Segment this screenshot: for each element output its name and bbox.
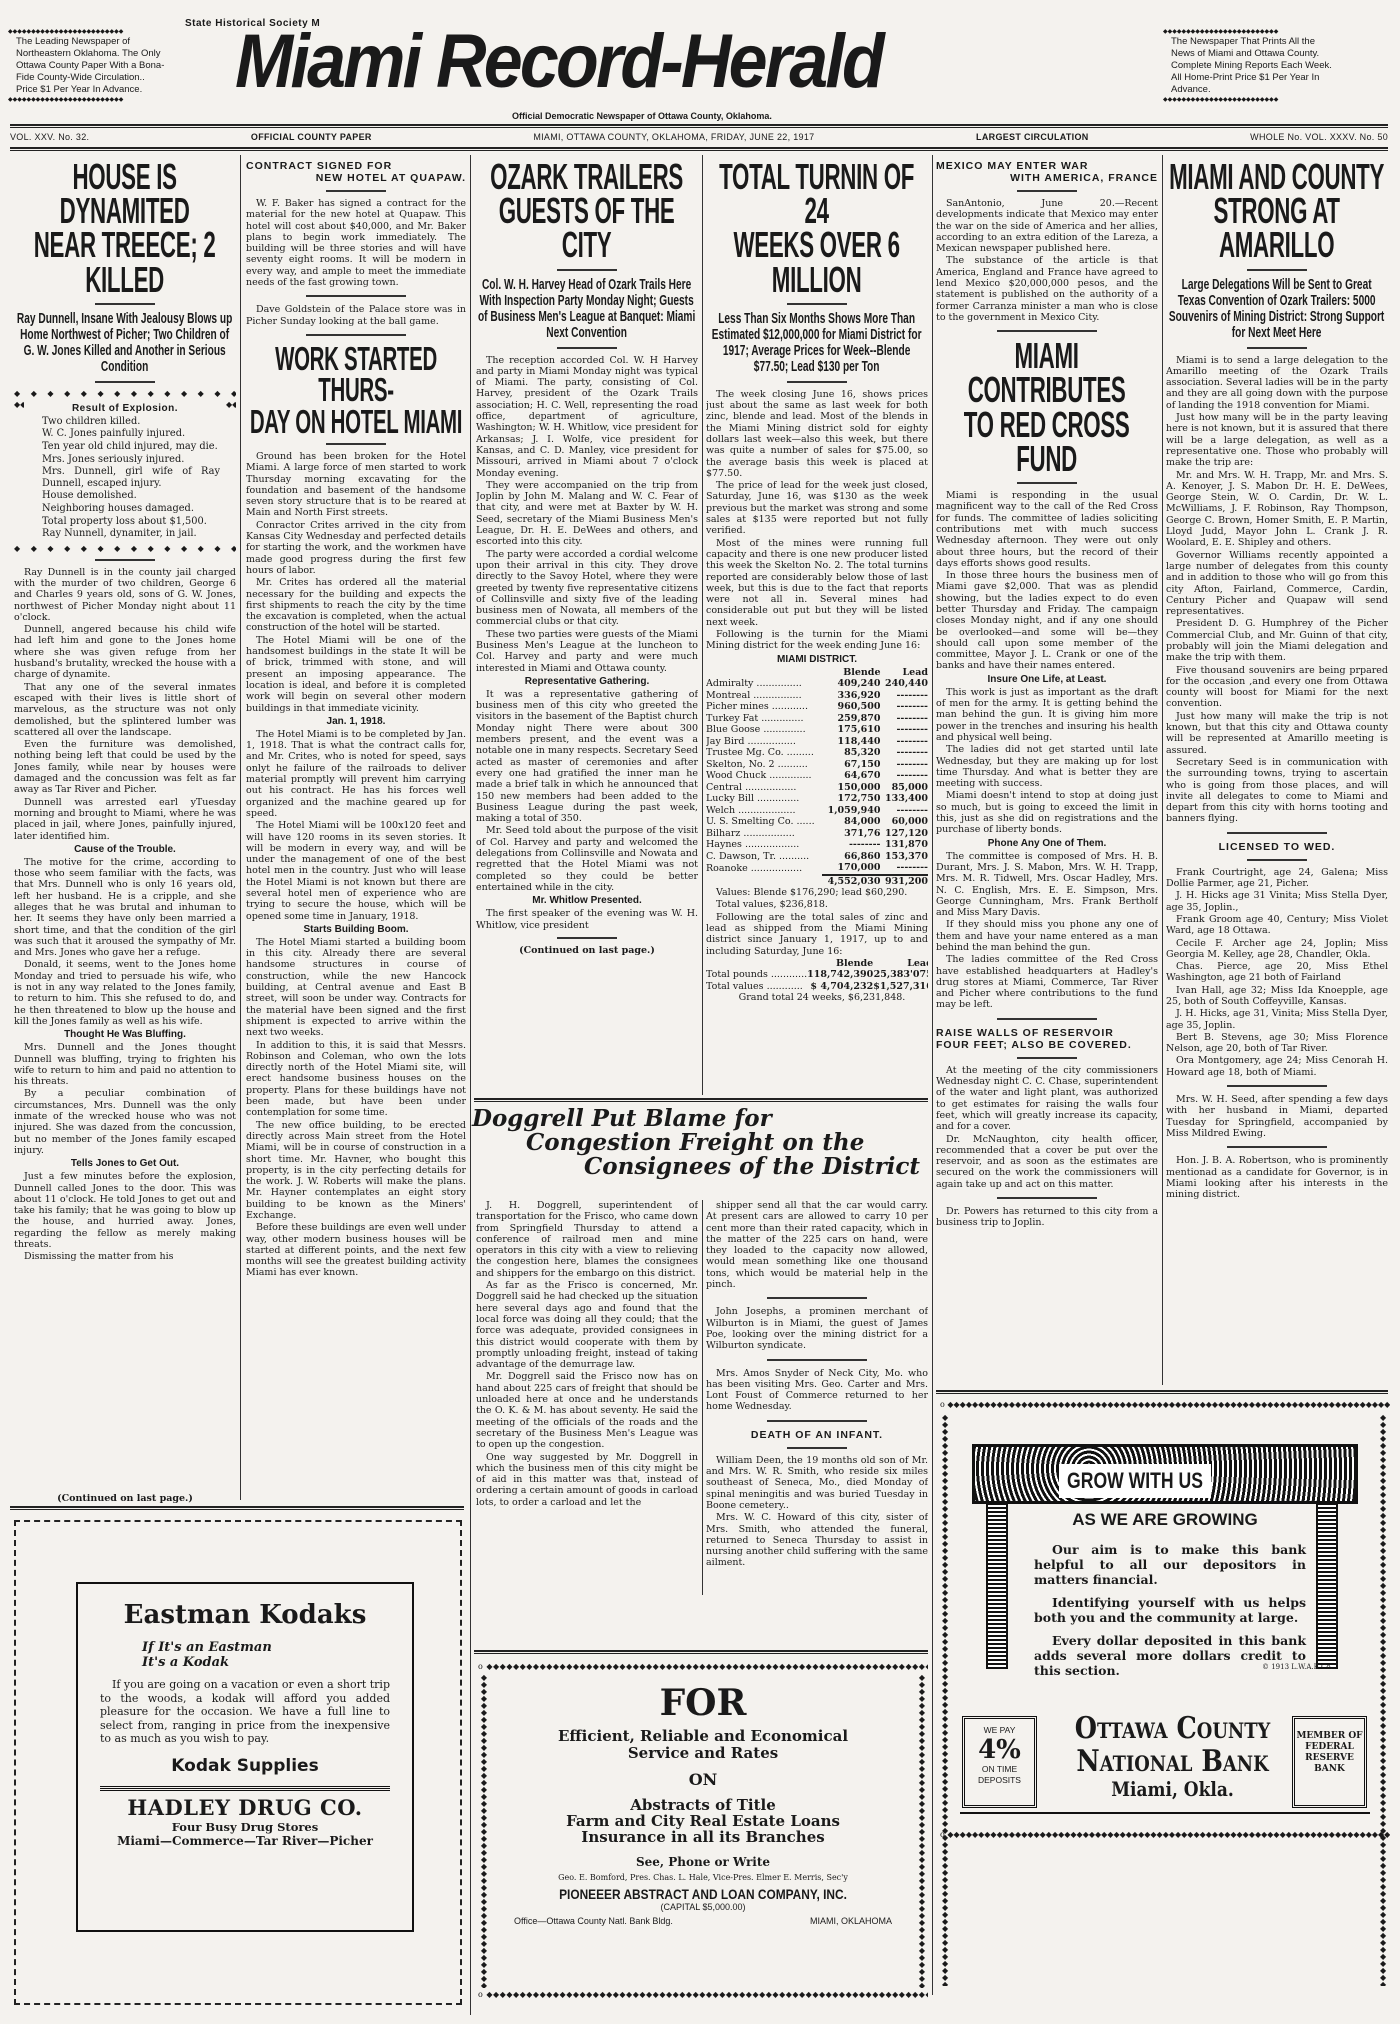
paragraph: Governor Williams recently appointed a l…: [1166, 550, 1388, 618]
left-ear-box: The Leading Newspaper of Northeastern Ok…: [8, 26, 174, 106]
explosion-item: Two children killed.: [30, 416, 220, 428]
paragraph: They were accompanied on the trip from J…: [476, 480, 698, 548]
paragraph: The new office building, to be erected d…: [246, 1120, 466, 1222]
paragraph: The Hotel Miami is to be completed by Ja…: [246, 729, 466, 819]
paragraph: Ora Montgomery, age 24; Miss Cenorah H. …: [1166, 1055, 1388, 1078]
subhead-representative: Representative Gathering.: [476, 676, 698, 687]
paragraph: One way suggested by Mr. Doggrell in whi…: [476, 1452, 698, 1508]
paragraph: Ivan Hall, age 32; Miss Ida Knoepple, ag…: [1166, 985, 1388, 1008]
ad-kodak-inner: Eastman Kodaks If It's an EastmanIt's a …: [76, 1582, 414, 1932]
explosion-item: Mrs. Dunnell, girl wife of Ray Dunnell, …: [30, 466, 220, 489]
paragraph: The committee is composed of Mrs. H. B. …: [936, 851, 1158, 919]
ad-pioneer-officers: Geo. E. Bomford, Pres. Chas. L. Hale, Vi…: [478, 1873, 928, 1882]
deck-amarillo: Large Delegations Will be Sent to Great …: [1167, 277, 1388, 341]
paragraph: J. H. Doggrell, superintendent of transp…: [476, 1200, 698, 1279]
official-paper: OFFICIAL COUNTY PAPER: [251, 132, 372, 142]
place-date: MIAMI, OTTAWA COUNTY, OKLAHOMA, FRIDAY, …: [533, 132, 814, 142]
column-1: HOUSE IS DYNAMITEDNEAR TREECE; 2 KILLED …: [14, 160, 236, 1500]
paragraph: Secretary Seed is in communication with …: [1166, 757, 1388, 825]
paragraph: Dunnell, angered because his child wife …: [14, 624, 236, 680]
totals-row: 4,552,030931,200: [706, 875, 928, 888]
ad-pioneer-abstract: o ◆◆◆◆◆◆◆◆◆◆◆◆◆◆◆◆◆◆◆◆◆◆◆◆◆◆◆◆◆◆◆◆◆◆◆◆◆◆…: [478, 1662, 928, 2000]
brief-snyder: Mrs. Amos Snyder of Neck City, Mo. who h…: [706, 1368, 928, 1413]
explosion-item: Neighboring houses damaged.: [30, 503, 220, 515]
table-row: Haynes ..................--------131,870: [706, 839, 928, 851]
table-row: Picher mines ............960,500--------: [706, 701, 928, 713]
paragraph: J. H. Hicks age 31 Vinita; Miss Stella D…: [1166, 890, 1388, 913]
ad-pioneer-on: ON: [478, 1770, 928, 1789]
left-ear-text: The Leading Newspaper of Northeastern Ok…: [16, 36, 164, 95]
subhead-jan-1918: Jan. 1, 1918.: [246, 716, 466, 727]
ad-pioneer-company: PIONEEER ABSTRACT AND LOAN COMPANY, INC.: [512, 1886, 895, 1902]
ad-kodak-body: If you are going on a vacation or even a…: [100, 1678, 390, 1746]
deck-house-dynamited: Ray Dunnell, Insane With Jealousy Blows …: [15, 311, 236, 375]
ad-bank-name: Ottawa County National Bank Miami, Okla.: [1068, 1712, 1276, 1800]
paragraph: The price of lead for the week just clos…: [706, 480, 928, 536]
paragraph: The Hotel Miami will be one of the hands…: [246, 635, 466, 714]
paragraph: Mr. and Mrs. W. H. Trapp, Mr. and Mrs. S…: [1166, 470, 1388, 549]
total-values: Total values, $236,818.: [706, 899, 928, 910]
season-totals-table: BlendeLead Total pounds ............118,…: [706, 958, 928, 993]
column-3: OZARK TRAILERSGUESTS OF THE CITY Col. W.…: [476, 160, 698, 1095]
paragraph: Mr. Crites has ordered all the material …: [246, 577, 466, 633]
paragraph: Even the furniture was demolished, nothi…: [14, 739, 236, 795]
paragraph: Donald, it seems, went to the Jones home…: [14, 959, 236, 1027]
dateline: VOL. XXV. No. 32. OFFICIAL COUNTY PAPER …: [10, 132, 1388, 142]
paragraph: The first speaker of the evening was W. …: [476, 908, 698, 931]
subhead-building-boom: Starts Building Boom.: [246, 924, 466, 935]
ad-kodak-slogan: If It's an EastmanIt's a Kodak: [100, 1640, 390, 1670]
paragraph: Dismissing the matter from his: [14, 1251, 236, 1262]
paragraph: Cecile F. Archer age 24, Joplin; Miss Ge…: [1166, 938, 1388, 961]
subhead-cause: Cause of the Trouble.: [14, 844, 236, 855]
paragraph: Mr. Seed told about the purpose of the v…: [476, 825, 698, 893]
explosion-item: House demolished.: [30, 490, 220, 502]
paragraph: President D. G. Humphrey of the Picher C…: [1166, 618, 1388, 663]
whole-number: WHOLE No. VOL. XXXV. No. 50: [1250, 132, 1388, 142]
paragraph: It was a representative gathering of bus…: [476, 689, 698, 825]
paragraph: J. H. Hicks, age 31, Vinita; Miss Stella…: [1166, 1008, 1388, 1031]
paragraph: These two parties were guests of the Mia…: [476, 629, 698, 674]
ad-bank-member-box: MEMBER OF FEDERAL RESERVE BANK: [1292, 1716, 1367, 1808]
headline-doggrell: Doggrell Put Blame for Congestion Freigh…: [472, 1107, 932, 1179]
explosion-item: Total property loss about $1,500.: [30, 516, 220, 528]
headline-quapaw-hotel: CONTRACT SIGNED FORNEW HOTEL AT QUAPAW.: [246, 160, 466, 184]
paragraph: This work is just as important as the dr…: [936, 687, 1158, 743]
paragraph: In addition to this, it is said that Mes…: [246, 1040, 466, 1119]
kodak-top-rule: [10, 1506, 464, 1510]
subhead-whitlow: Mr. Whitlow Presented.: [476, 895, 698, 906]
paragraph: Dr. McNaughton, city health officer, rec…: [936, 1134, 1158, 1190]
box-title: Result of Explosion.: [30, 403, 220, 414]
bank-top-rule: [936, 1390, 1388, 1394]
ad-bank-as-growing: AS WE ARE GROWING: [1010, 1510, 1320, 1530]
masthead-rule: [10, 124, 1388, 128]
doggrell-top-rule: [474, 1098, 928, 1102]
paragraph: The ladies committee of the Red Cross ha…: [936, 954, 1158, 1010]
dateline-rule: [10, 147, 1388, 151]
ad-kodak-towns: Miami—Commerce—Tar River—Picher: [100, 1834, 390, 1848]
result-of-explosion-box: ◆ ◆ ◆ ◆ ◆ ◆ ◆ ◆ ◆ ◆ ◆ ◆ ◆ ◆ ◆ ◆ ◆ ◆ ◆ ◆ …: [14, 389, 236, 553]
ad-bank-grow: GROW WITH US: [1059, 1464, 1211, 1498]
headline-red-cross: MIAMI CONTRIBUTESTO RED CROSS FUND: [937, 339, 1157, 476]
headline-hotel-miami: WORK STARTED THURS-DAY ON HOTEL MIAMI: [247, 343, 465, 437]
ad-ottawa-county-bank: o ◆◆◆◆◆◆◆◆◆◆◆◆◆◆◆◆◆◆◆◆◆◆◆◆◆◆◆◆◆◆◆◆◆◆◆◆◆◆…: [940, 1400, 1390, 2000]
paragraph: The week closing June 16, shows prices j…: [706, 389, 928, 479]
paragraph: That any one of the several inmates esca…: [14, 682, 236, 738]
paragraph: The party were accorded a cordial welcom…: [476, 549, 698, 628]
table-row: Admiralty ...............409,240240,440: [706, 678, 928, 690]
licensed-to-wed-head: LICENSED TO WED.: [1166, 841, 1388, 853]
explosion-item: Ten year old child injured, may die.: [30, 441, 220, 453]
paragraph: The ladies did not get started until lat…: [936, 744, 1158, 789]
paragraph: In those three hours the business men of…: [936, 570, 1158, 672]
ad-kodak-title: Eastman Kodaks: [100, 1600, 390, 1630]
headline-turnin: TOTAL TURNIN OF 24WEEKS OVER 6 MILLION: [707, 160, 927, 297]
paragraph: shipper send all that the car would carr…: [706, 1200, 928, 1290]
table-row: Total pounds ............118,742,39025,3…: [706, 969, 928, 981]
paragraph: Miami is to send a large delegation to t…: [1166, 355, 1388, 411]
paragraph: Just how many will be in the party leavi…: [1166, 412, 1388, 468]
headline-amarillo: MIAMI AND COUNTYSTRONG AT AMARILLO: [1167, 160, 1387, 263]
tree-trunk-left: [986, 1504, 1008, 1669]
continued-note-3: (Continued on last page.): [476, 945, 698, 956]
column-5: MEXICO MAY ENTER WARWITH AMERICA, FRANCE…: [936, 160, 1158, 1395]
newspaper-title: Miami Record-Herald: [235, 22, 882, 102]
paragraph: The reception accorded Col. W. H Harvey …: [476, 355, 698, 479]
paragraph: The Hotel Miami started a building boom …: [246, 937, 466, 1039]
table-row: Roanoke .................170,000--------: [706, 862, 928, 875]
paragraph: Mrs. W. C. Howard of this city, sister o…: [706, 1512, 928, 1568]
ad-pioneer-see: See, Phone or Write: [478, 1855, 928, 1869]
ad-pioneer-address: Office—Ottawa County Natl. Bank Bldg.MIA…: [478, 1912, 928, 1926]
table-row: Trustee Mg. Co. .........85,320--------: [706, 747, 928, 759]
grand-total: Grand total 24 weeks, $6,231,848.: [706, 992, 928, 1003]
ad-pioneer-efficient: Efficient, Reliable and EconomicalServic…: [478, 1728, 928, 1762]
table-row: Welch ...................1,059,940------…: [706, 805, 928, 817]
doggrell-right-column: shipper send all that the car would carr…: [706, 1200, 928, 1645]
headline-mexico: MEXICO MAY ENTER WARWITH AMERICA, FRANCE: [936, 160, 1158, 184]
brief-seed: Mrs. W. H. Seed, after spending a few da…: [1166, 1094, 1388, 1139]
paragraph: At the meeting of the city commissioners…: [936, 1065, 1158, 1133]
mining-table-title: MIAMI DISTRICT.: [706, 654, 928, 665]
explosion-item: Mrs. Jones seriously injured.: [30, 454, 220, 466]
ad-kodak-supplies: Kodak Supplies: [100, 1756, 390, 1776]
table-row: C. Dawson, Tr. ..........66,860153,370: [706, 851, 928, 863]
paragraph: Most of the mines were running full capa…: [706, 538, 928, 628]
paragraph: Frank Groom age 40, Century; Miss Violet…: [1166, 914, 1388, 937]
volume: VOL. XXV. No. 32.: [10, 132, 89, 142]
paragraph: William Deen, the 19 months old son of M…: [706, 1455, 928, 1511]
ad-bank-interest-box: WE PAY 4% ON TIME DEPOSITS: [962, 1716, 1037, 1808]
paragraph: Miami is responding in the usual magnifi…: [936, 490, 1158, 569]
paragraph: SanAntonio, June 20.—Recent developments…: [936, 198, 1158, 254]
column-4: TOTAL TURNIN OF 24WEEKS OVER 6 MILLION L…: [706, 160, 928, 1095]
paragraph: Miami doesn't intend to stop at doing ju…: [936, 790, 1158, 835]
paragraph: Ray Dunnell is in the county jail charge…: [14, 567, 236, 623]
paragraph: Mr. Doggrell said the Frisco now has on …: [476, 1371, 698, 1450]
doggrell-left-column: J. H. Doggrell, superintendent of transp…: [476, 1200, 698, 1645]
brief-robertson: Hon. J. B. A. Robertson, who is prominen…: [1166, 1155, 1388, 1200]
ad-kodak-company: HADLEY DRUG CO.: [100, 1795, 390, 1820]
newspaper-subtitle: Official Democratic Newspaper of Ottawa …: [512, 111, 772, 121]
table-row: Central .................150,00085,000: [706, 782, 928, 794]
table-row: Bilharz .................371,76127,120: [706, 828, 928, 840]
paragraph: Chas. Pierce, age 20, Miss Ethel Washing…: [1166, 961, 1388, 984]
circulation: LARGEST CIRCULATION: [976, 132, 1089, 142]
story-quapaw: W. F. Baker has signed a contract for th…: [246, 198, 466, 288]
paragraph: Just how many will make the trip is not …: [1166, 711, 1388, 756]
ad-eastman-kodaks: Eastman Kodaks If It's an EastmanIt's a …: [14, 1520, 462, 2005]
right-ear-box: The Newspaper That Prints All the News o…: [1163, 26, 1343, 106]
paragraph: Ground has been broken for the Hotel Mia…: [246, 451, 466, 519]
paragraph: Before these buildings are even well und…: [246, 1222, 466, 1278]
ad-pioneer-capital: (CAPITAL $5,000.00): [478, 1902, 928, 1912]
ad-pioneer-for: FOR: [478, 1682, 928, 1724]
headline-reservoir: RAISE WALLS OF RESERVOIRFOUR FEET; ALSO …: [936, 1027, 1158, 1051]
paragraph: By a peculiar combination of circumstanc…: [14, 1088, 236, 1156]
headline-infant: DEATH OF AN INFANT.: [706, 1429, 928, 1441]
headline-ozark-trailers: OZARK TRAILERSGUESTS OF THE CITY: [477, 160, 697, 263]
ad-bank-copyright: © 1913 L.W.A.B.Co.: [1262, 1663, 1333, 1671]
mining-turnin-table: BlendeLead Admiralty ...............409,…: [706, 667, 928, 888]
paragraph: Bert B. Stevens, age 30; Miss Florence N…: [1166, 1032, 1388, 1055]
continued-note-1: (Continued on last page.): [14, 1493, 236, 1504]
paragraph: Just a few minutes before the explosion,…: [14, 1171, 236, 1250]
table-row: Wood Chuck ..............64,670--------: [706, 770, 928, 782]
paragraph: Mrs. Dunnell and the Jones thought Dunne…: [14, 1042, 236, 1087]
table-row: Turkey Fat ..............259,870--------: [706, 713, 928, 725]
paragraph: Conractor Crites arrived in the city fro…: [246, 520, 466, 576]
column-2: CONTRACT SIGNED FORNEW HOTEL AT QUAPAW. …: [246, 160, 466, 1495]
paragraph: Following is the turnin for the Miami Mi…: [706, 629, 928, 652]
table-row: Jay Bird ................118,440--------: [706, 736, 928, 748]
brief-goldstein: Dave Goldstein of the Palace store was i…: [246, 304, 466, 327]
ad-kodak-stores: Four Busy Drug Stores: [100, 1820, 390, 1834]
story-body-dynamited: Ray Dunnell is in the county jail charge…: [14, 567, 236, 842]
table-row: U. S. Smelting Co. ......84,00060,000: [706, 816, 928, 828]
explosion-item: Ray Nunnell, dynamiter, in jail.: [30, 528, 220, 540]
subhead-phone: Phone Any One of Them.: [936, 838, 1158, 849]
table-row: Montreal ................336,920--------: [706, 690, 928, 702]
paragraph: Dunnell was arrested earl yTuesday morni…: [14, 797, 236, 842]
table-row: Total values ............$ 4,704,232$1,5…: [706, 981, 928, 993]
deck-ozark: Col. W. H. Harvey Head of Ozark Trails H…: [477, 277, 698, 341]
table-row: Lucky Bill ..............172,750133,400: [706, 793, 928, 805]
column-6: MIAMI AND COUNTYSTRONG AT AMARILLO Large…: [1166, 160, 1388, 1395]
brief-powers: Dr. Powers has returned to this city fro…: [936, 1206, 1158, 1229]
right-ear-text: The Newspaper That Prints All the News o…: [1171, 36, 1332, 95]
subhead-get-out: Tells Jones to Get Out.: [14, 1158, 236, 1169]
headline-house-dynamited: HOUSE IS DYNAMITEDNEAR TREECE; 2 KILLED: [15, 160, 235, 297]
explosion-item: W. C. Jones painfully injured.: [30, 428, 220, 440]
table-row: Skelton, No. 2 ..........67,150--------: [706, 759, 928, 771]
paragraph: The Hotel Miami will be 100x120 feet and…: [246, 820, 466, 922]
deck-turnin: Less Than Six Months Shows More Than Est…: [707, 311, 928, 375]
subhead-insure: Insure One Life, at Least.: [936, 674, 1158, 685]
paragraph: The motive for the crime, according to t…: [14, 857, 236, 959]
subhead-bluffing: Thought He Was Bluffing.: [14, 1029, 236, 1040]
values-line: Values: Blende $176,290; lead $60,290.: [706, 887, 928, 898]
brief-josephs: John Josephs, a prominen merchant of Wil…: [706, 1306, 928, 1351]
paragraph: Five thousand souvenirs are being prpare…: [1166, 665, 1388, 710]
following-text: Following are the total sales of zinc an…: [706, 912, 928, 957]
paragraph: Frank Courtright, age 24, Galena; Miss D…: [1166, 867, 1388, 890]
paragraph: As far as the Frisco is concerned, Mr. D…: [476, 1280, 698, 1370]
newspaper-page: State Historical Society M The Leading N…: [0, 0, 1400, 2024]
table-row: Blue Goose ..............175,610--------: [706, 724, 928, 736]
pioneer-top-rule: [474, 1650, 928, 1654]
ad-pioneer-services: Abstracts of TitleFarm and City Real Est…: [478, 1797, 928, 1845]
paragraph: If they should miss you phone any one of…: [936, 919, 1158, 953]
paragraph: The substance of the article is that Ame…: [936, 255, 1158, 323]
